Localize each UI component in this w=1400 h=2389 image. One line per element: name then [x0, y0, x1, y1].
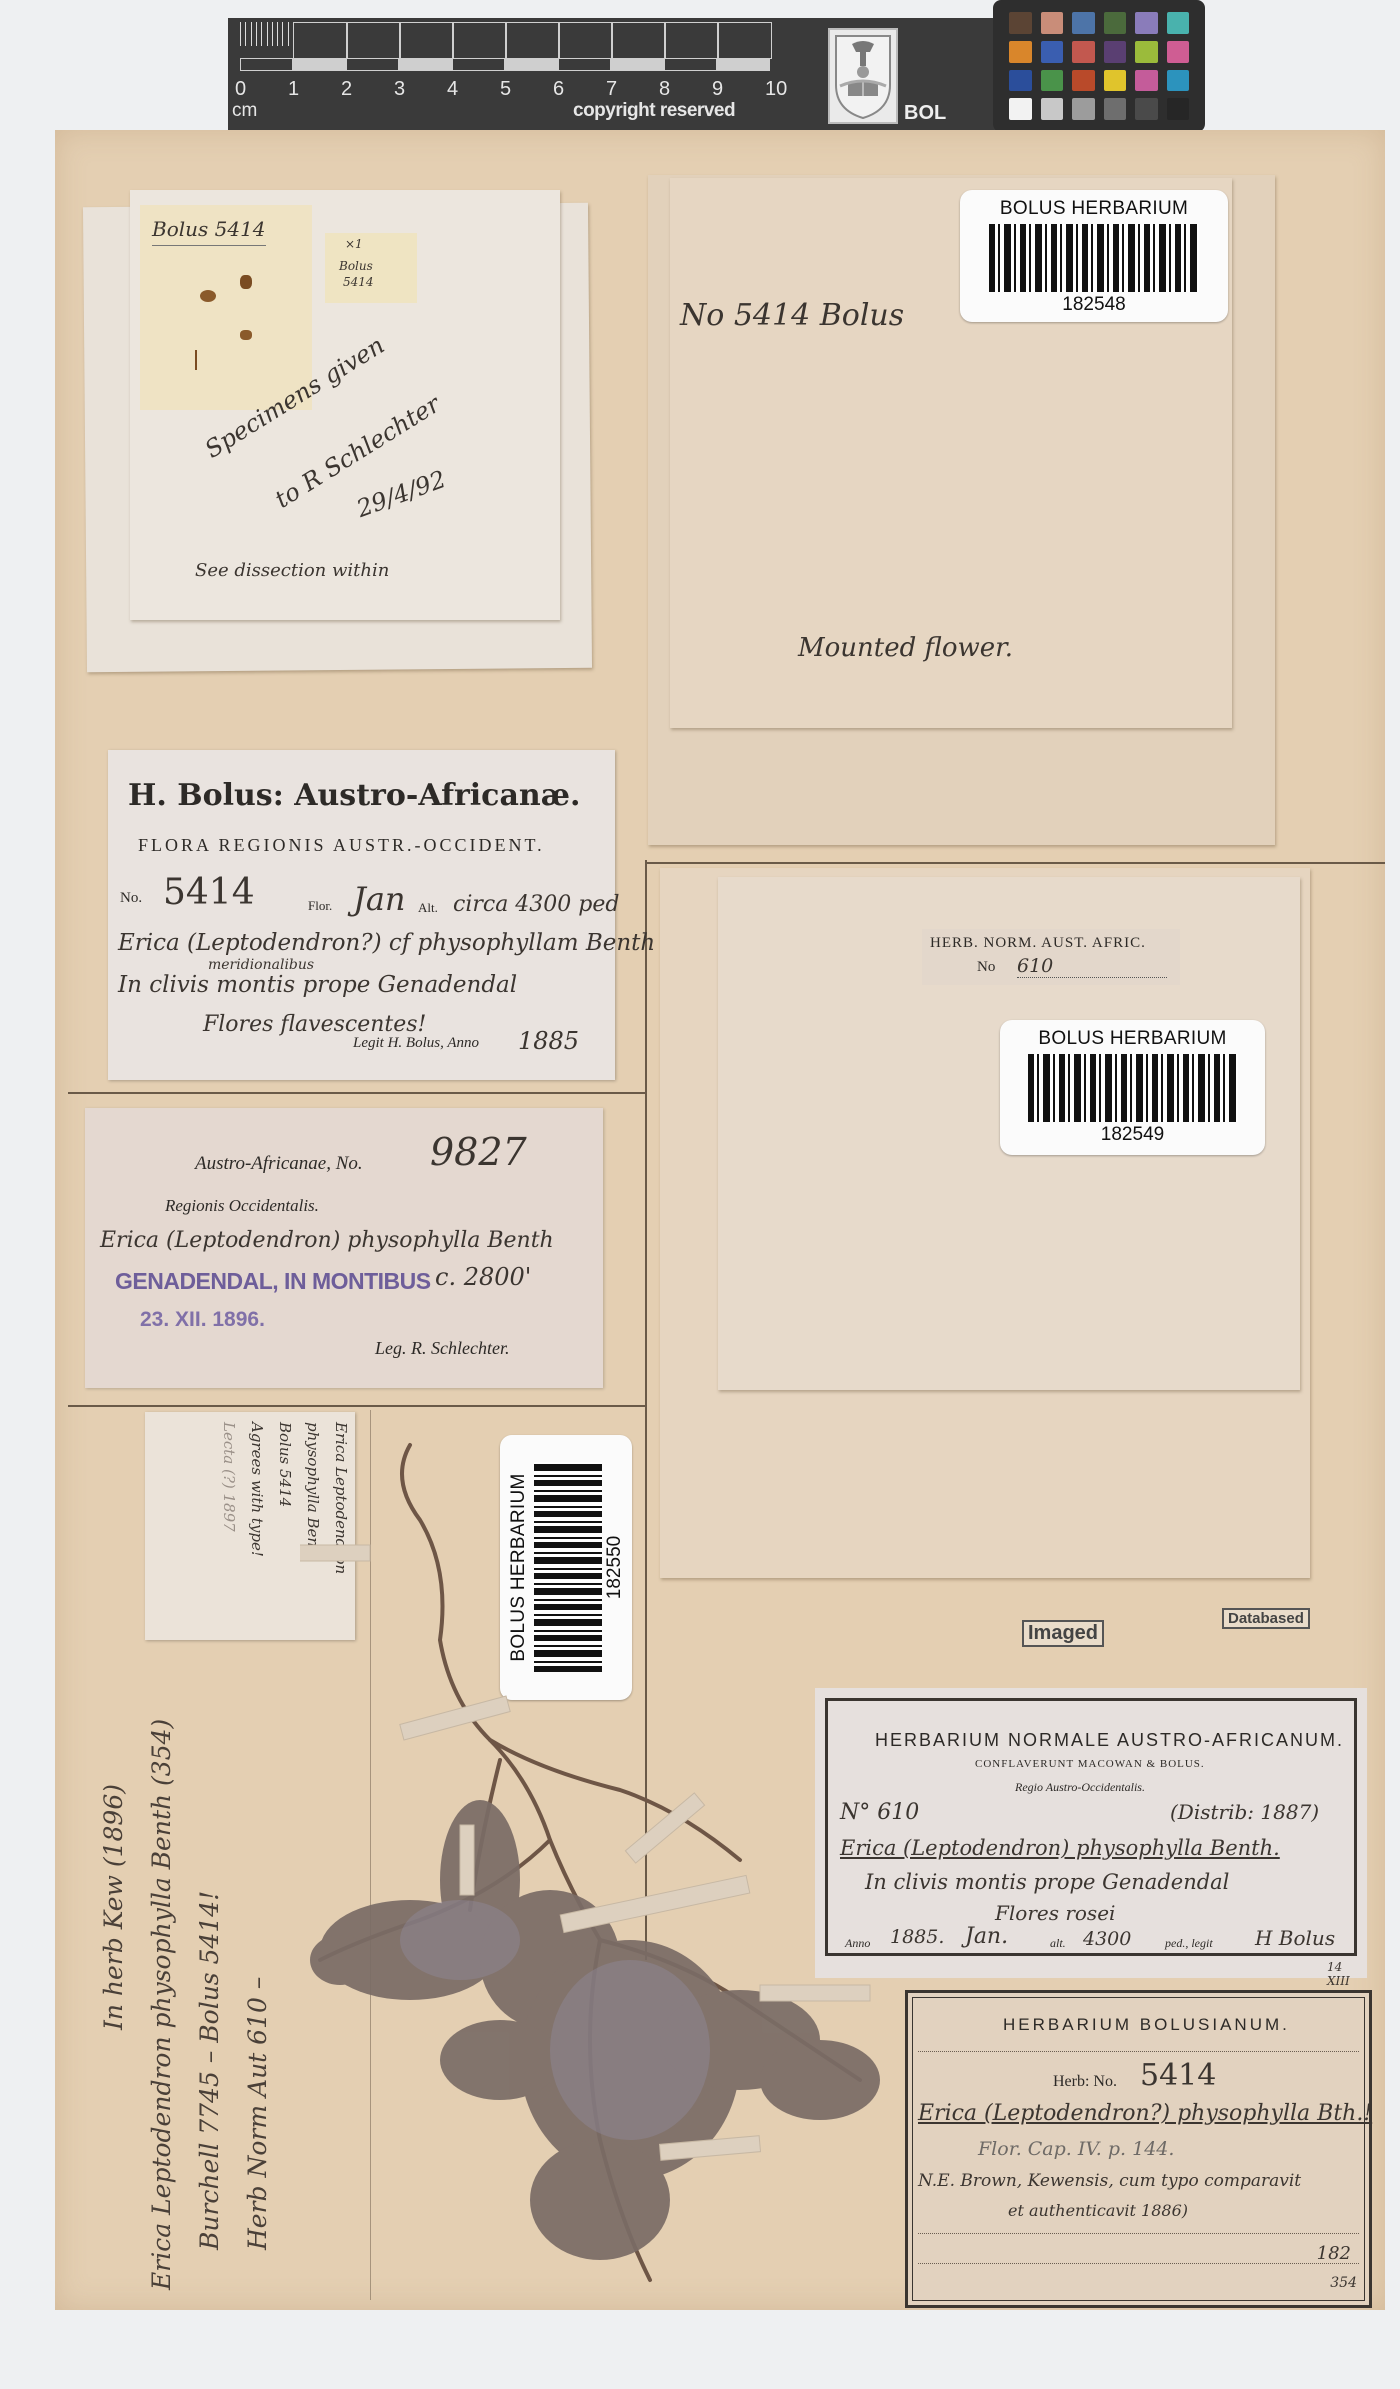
color-swatch [1041, 12, 1064, 34]
note-line-1: N.E. Brown, Kewensis, cum typo comparavi… [918, 2171, 1301, 2191]
unit-label: cm [232, 100, 257, 122]
imaged-stamp: Imaged [1022, 1620, 1104, 1647]
color-swatch [1135, 98, 1158, 120]
herb-no-label: Herb: No. [1053, 2073, 1117, 2091]
cm-cell [611, 22, 666, 59]
legit-text: Legit H. Bolus, Anno [353, 1035, 479, 1052]
altitude: c. 2800' [435, 1263, 531, 1291]
color-swatch [1072, 41, 1095, 63]
color-swatch [1072, 12, 1095, 34]
color-swatch [1104, 41, 1127, 63]
cm-cell [293, 22, 348, 59]
packet-top-left: Bolus 5414 ×1 Bolus 5414 Specimens given… [130, 190, 560, 620]
field-note: Flores flavescentes! [203, 1012, 426, 1037]
schlechter-number: 9827 [430, 1130, 527, 1174]
cm-cell [664, 22, 719, 59]
tiny-card: ×1 Bolus 5414 [325, 233, 417, 303]
divider-horizontal-3 [645, 862, 1385, 864]
collection-year: 1885 [518, 1027, 579, 1055]
altitude: circa 4300 ped [453, 892, 619, 917]
institution-code: BOL [904, 102, 946, 125]
ruler-number: 2 [341, 78, 352, 101]
dissected-stamen-icon [195, 350, 197, 370]
cm-cell [399, 22, 454, 59]
color-swatch [1009, 70, 1032, 92]
vertical-annotation: In herb Kew (1896) Erica Leptodendron ph… [90, 1410, 330, 2290]
label-bolus-austro-africanae: H. Bolus: Austro-Africanæ. FLORA REGIONI… [108, 750, 615, 1080]
color-swatch [1041, 41, 1064, 63]
tiny-card-scale: ×1 [345, 237, 363, 251]
ruler-number: 1 [288, 78, 299, 101]
mm-tick [251, 22, 252, 46]
locality-insert: meridionalibus [208, 957, 314, 973]
alt-label: alt. [1050, 1936, 1066, 1951]
region: Regionis Occidentalis. [165, 1196, 319, 1216]
locality-stamp: GENADENDAL, IN MONTIBUS [115, 1268, 431, 1295]
annotation-line-4: Herb Norm Aut 610 – [234, 1410, 282, 2290]
herb-number: 5414 [1140, 2058, 1216, 2093]
collector: Leg. R. Schlechter. [375, 1338, 509, 1359]
ruler-number: 7 [606, 78, 617, 101]
label-subheader: FLORA REGIONIS AUSTR.-OCCIDENT. [138, 835, 545, 856]
region: Regio Austro-Occidentalis. [1015, 1780, 1145, 1795]
label-header: HERBARIUM NORMALE AUSTRO-AFRICANUM. [875, 1730, 1344, 1751]
databased-stamp: Databased [1222, 1608, 1310, 1629]
corner-note: 14 XIII [1327, 1960, 1367, 1988]
mm-tick [261, 22, 262, 46]
herb-norm-slip: HERB. NORM. AUST. AFRIC. No 610 [922, 929, 1180, 985]
slip-number: 610 [1017, 955, 1167, 978]
distribution-year: (Distrib: 1887) [1170, 1800, 1319, 1824]
dissection-card: Bolus 5414 [140, 205, 312, 410]
cm-cell [505, 22, 560, 59]
alternating-band [452, 58, 505, 71]
mm-tick [245, 22, 246, 46]
packet-note-date: 29/4/92 [353, 465, 450, 523]
color-swatch [1041, 98, 1064, 120]
color-swatch [1072, 98, 1095, 120]
ruler-number: 0 [235, 78, 246, 101]
flowering-month: Jan [353, 880, 406, 918]
mm-tick [272, 22, 273, 46]
dissected-flower-icon [240, 330, 252, 340]
mm-tick [267, 22, 268, 46]
label-header: HERBARIUM BOLUSIANUM. [1003, 2015, 1290, 2035]
locality: In clivis montis prope Genadendal [118, 972, 517, 998]
label-subheader: CONFLAVERUNT MACOWAN & BOLUS. [975, 1758, 1205, 1770]
divider-horizontal-2 [68, 1405, 646, 1407]
alt-label: Alt. [418, 900, 438, 916]
barcode-label: BOLUS HERBARIUM 182549 [1000, 1020, 1265, 1155]
color-swatch [1104, 12, 1127, 34]
slip-no-label: No [977, 959, 995, 976]
label-header: H. Bolus: Austro-Africanæ. [128, 778, 580, 813]
mm-tick [282, 22, 283, 46]
color-swatch [1041, 70, 1064, 92]
dissected-flower-icon [200, 290, 216, 302]
tiny-card-name: Bolus [339, 259, 373, 273]
label-schlechter: Austro-Africanae, No. 9827 Regionis Occi… [85, 1108, 603, 1388]
barcode-icon [1028, 1054, 1238, 1122]
ruler-number: 9 [712, 78, 723, 101]
color-swatch [1167, 98, 1190, 120]
collection-number: 5414 [163, 872, 255, 913]
month: Jan. [965, 1924, 1008, 1949]
ruler-number: 8 [659, 78, 670, 101]
barcode-number: 182548 [960, 294, 1228, 316]
corner-number-2: 354 [1330, 2275, 1357, 2291]
cm-cell [558, 22, 613, 59]
taxon-name: Erica (Leptodendron?) physophylla Bth.! [918, 2101, 1372, 2126]
reference: Flor. Cap. IV. p. 144. [978, 2138, 1174, 2160]
taxon-name: Erica (Leptodendron?) cf physophyllam Be… [118, 930, 655, 956]
color-swatch [1072, 70, 1095, 92]
barcode-label: BOLUS HERBARIUM 182548 [960, 190, 1228, 322]
pressed-plant-specimen [300, 1440, 920, 2300]
cm-cell [346, 22, 401, 59]
label-header: Austro-Africanae, No. [195, 1153, 363, 1175]
packet-footer: Mounted flower. [798, 633, 1013, 663]
alternating-band [293, 58, 346, 71]
alternating-band [399, 58, 452, 71]
flor-label: Flor. [308, 898, 332, 914]
ruler-number: 5 [500, 78, 511, 101]
altitude: 4300 [1083, 1928, 1131, 1950]
slip-header: HERB. NORM. AUST. AFRIC. [930, 935, 1146, 952]
barcode-title: BOLUS HERBARIUM [1000, 1028, 1265, 1050]
color-swatch [1167, 12, 1190, 34]
ruler-number: 10 [765, 78, 787, 101]
dissected-flower-icon [240, 275, 252, 289]
label-herbarium-bolusianum: HERBARIUM BOLUSIANUM. Herb: No. 5414 Eri… [905, 1990, 1372, 2308]
mm-tick [256, 22, 257, 46]
ruler-number: 3 [394, 78, 405, 101]
packet-footer: See dissection within [195, 560, 389, 581]
barcode-number: 182549 [1000, 1124, 1265, 1146]
note-line-2: et authenticavit 1886) [1008, 2201, 1188, 2220]
alternating-band [611, 58, 664, 71]
color-swatch [1009, 98, 1032, 120]
ruler-number: 4 [447, 78, 458, 101]
color-swatch [1104, 70, 1127, 92]
color-swatch [1135, 41, 1158, 63]
color-calibration-chart [993, 0, 1205, 132]
color-swatch [1009, 12, 1032, 34]
divider-horizontal-1 [68, 1092, 646, 1094]
university-crest-icon [828, 28, 898, 124]
legit-label: ped., legit [1165, 1936, 1213, 1951]
collector: H Bolus [1255, 1926, 1335, 1950]
color-swatch [1135, 70, 1158, 92]
tiny-card-number: 5414 [343, 275, 374, 289]
cm-cell [452, 22, 507, 59]
dissection-card-title: Bolus 5414 [152, 217, 266, 246]
alternating-band [346, 58, 399, 71]
annotation-line-2: Erica Leptodendron physophylla Benth (35… [138, 1410, 186, 2290]
date-stamp: 23. XII. 1896. [140, 1308, 265, 1332]
corner-number-1: 182 [1317, 2243, 1351, 2264]
alternating-band [717, 58, 770, 71]
ruler-number: 6 [553, 78, 564, 101]
mm-tick [277, 22, 278, 46]
annotation-line-1: In herb Kew (1896) [90, 1410, 138, 2290]
alternating-band [558, 58, 611, 71]
color-swatch [1009, 41, 1032, 63]
color-swatch [1104, 98, 1127, 120]
alternating-band [664, 58, 717, 71]
mm-tick [288, 22, 289, 46]
taxon-name: Erica (Leptodendron) physophylla Benth [100, 1228, 554, 1253]
scale-bar: 012345678910 cm copyright reserved BOL [228, 18, 998, 130]
mm-tick [240, 22, 241, 46]
copyright-text: copyright reserved [573, 100, 735, 122]
alternating-band [240, 58, 293, 71]
field-note: Flores rosei [995, 1901, 1115, 1925]
barcode-icon [989, 224, 1199, 292]
barcode-title: BOLUS HERBARIUM [960, 198, 1228, 220]
color-swatch [1135, 12, 1158, 34]
color-swatch [1167, 70, 1190, 92]
cm-cell [717, 22, 772, 59]
alternating-band [505, 58, 558, 71]
no-label: No. [120, 890, 142, 907]
packet-number-note: No 5414 Bolus [680, 298, 904, 333]
color-swatch [1167, 41, 1190, 63]
annotation-line-3: Burchell 7745 – Bolus 5414! [186, 1410, 234, 2290]
